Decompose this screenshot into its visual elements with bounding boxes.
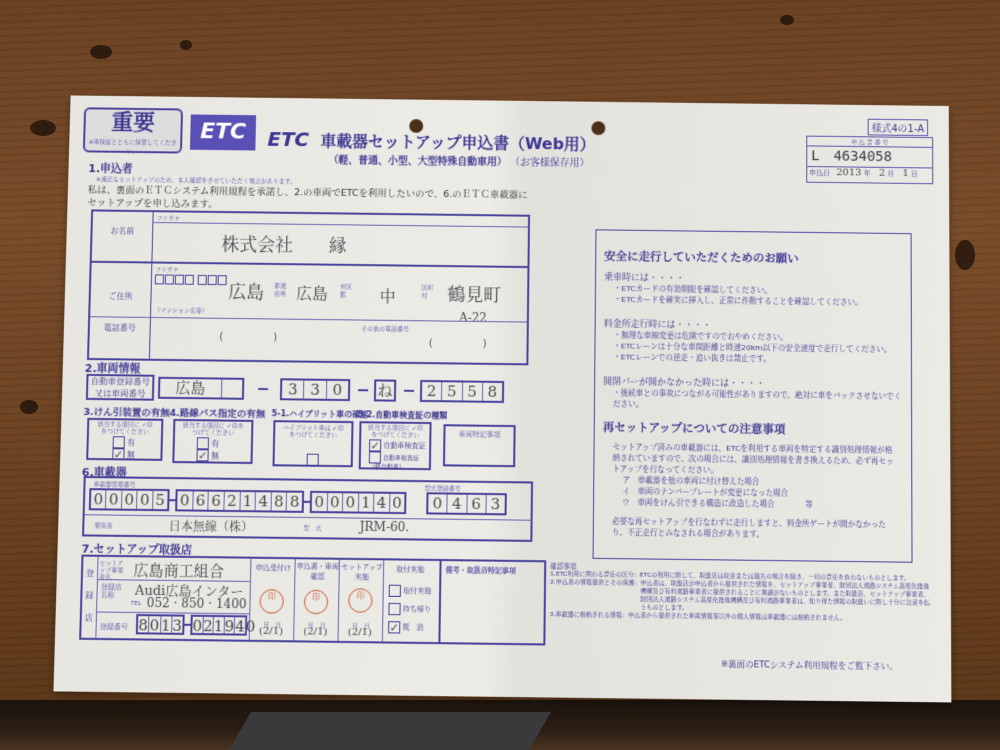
remarks-label: 備考・取扱店特記事項	[445, 565, 516, 576]
hybrid-checkbox[interactable]	[274, 440, 351, 468]
address-label: ご住所	[91, 290, 151, 302]
plate-serial-number[interactable]: 2558	[420, 380, 504, 403]
wood-knot	[20, 400, 38, 414]
address-prefecture: 広島	[228, 278, 264, 304]
section5-2-box: 該当する項目に ✓印をつけてください ✓ 自動車検査証 自動車検査証（軽自動車）	[359, 421, 432, 470]
form-code: 様式4の1-A	[868, 119, 929, 136]
mgmt-number-part1[interactable]: 00005	[89, 488, 170, 511]
name-value: 株式会社 縁	[221, 231, 347, 258]
address-street: 鶴見町	[447, 281, 501, 307]
plate-region[interactable]: 広島	[158, 377, 244, 400]
application-number-value: L 4634058	[807, 146, 932, 168]
etc-setup-application-form: 重要 ※車検証とともに保管してください。 ETC ETC 車載器セットアップ申込…	[53, 95, 951, 702]
name-furigana-label: フリガナ	[156, 213, 180, 222]
section5-1-box: ハイブリット車は ✓印をつけてください	[273, 420, 354, 467]
postal-code-boxes	[155, 274, 227, 285]
form-subtitle: （軽、普通、小型、大型特殊自動車用） （お客様保存用）	[328, 151, 589, 169]
terms-reference-note: ※裏面のETCシステム利用規程をご覧下さい。	[721, 658, 898, 672]
section5-2-title: 5-2.自動車検査証の種類	[358, 409, 448, 421]
inspection-cert-kei[interactable]: 自動車検査証（軽自動車）	[361, 451, 429, 471]
phone-field[interactable]: ( )	[219, 328, 277, 344]
date-setup: (2/1)	[348, 627, 372, 638]
section3-box: 該当する項目に ✓印をつけてください 有 ✓ 無	[86, 418, 163, 461]
reg-number-part2[interactable]: 021940	[190, 615, 247, 636]
maker-value: 日本無線（株）	[169, 517, 254, 535]
address-ward: 中	[379, 284, 395, 307]
date-month: 2	[879, 168, 885, 179]
section1-statement-2: セットアップを申し込みます。	[87, 195, 218, 210]
date-checked: (2/1)	[303, 626, 327, 637]
section5-1-title: 5-1.ハイブリット車の確認	[271, 408, 368, 420]
col-install: 取付実施	[385, 564, 435, 575]
title-text: 車載器セットアップ申込書（Web用）	[320, 132, 595, 154]
tel-value: 052 · 850 · 1400	[147, 596, 247, 611]
plate-label-box: 自動車登録番号 又は車両番号	[86, 374, 155, 401]
ward-suffix: 区町村	[421, 285, 435, 301]
bus-route-yes[interactable]: 有	[175, 437, 251, 450]
plate-class-number[interactable]: 330	[280, 378, 350, 401]
store-name-label: 登録店名称	[100, 583, 127, 600]
mgmt-number-label: 車載器管理番号	[93, 479, 135, 489]
address-furigana-label: フリガナ	[155, 265, 179, 274]
install-option-take-home[interactable]: 持ち帰り	[388, 603, 431, 616]
applicant-table: お名前 フリガナ 株式会社 縁 フリガナ ご住所 広島 都道府県 広島 市区郡 …	[87, 209, 530, 365]
install-option-installed[interactable]: 取付実施	[389, 585, 432, 598]
phone-label: 電話番号	[90, 322, 150, 334]
model-label: 型 式	[303, 523, 321, 532]
subtitle-copy-note: （お客様保存用）	[510, 158, 589, 170]
mgmt-number-part2[interactable]: 06621488	[175, 489, 304, 513]
application-date: 申込日 2013 年 2 月 1 日	[807, 167, 932, 179]
subtitle-vehicle-types: （軽、普通、小型、大型特殊自動車用）	[328, 155, 507, 168]
name-label: お名前	[92, 225, 152, 237]
model-reg-label: 型式登録番号	[425, 483, 461, 492]
important-badge: 重要 ※車検証とともに保管してください。	[83, 107, 183, 153]
date-year: 2013	[836, 167, 861, 178]
city-suffix: 市区郡	[340, 284, 354, 300]
towing-no[interactable]: ✓ 無	[88, 448, 160, 461]
wood-knot	[30, 120, 56, 136]
date-received: (2/1)	[259, 626, 283, 637]
plate-kana[interactable]: ね	[374, 379, 396, 401]
safety-notice-title: 安全に走行していただくためのお願い	[604, 248, 903, 267]
model-registration-number[interactable]: 0463	[426, 492, 507, 515]
mgmt-number-part3[interactable]: 000140	[310, 491, 407, 514]
reg-number-part1[interactable]: 8013	[136, 614, 185, 635]
section4-box: 該当する項目に ✓印をつけてください 有 ✓ 無	[172, 419, 253, 464]
wood-knot	[90, 45, 112, 59]
wood-knot	[180, 40, 192, 50]
metal-plate	[229, 712, 551, 750]
maker-label: 製造者	[94, 520, 112, 529]
stamp-setup: 印	[348, 588, 373, 613]
towing-yes[interactable]: 有	[89, 436, 161, 449]
bus-route-no[interactable]: ✓ 無	[174, 449, 250, 462]
business-name-value: 広島商工組合	[133, 559, 224, 581]
model-value: JRM-60.	[360, 520, 410, 535]
vehicle-remarks-box: 車両特記事項	[443, 424, 516, 467]
pref-suffix: 都道府県	[274, 283, 286, 299]
date-day: 1	[902, 168, 908, 179]
confirmation-section: 確認事項 1.ETC利用に関わる責任の区分：ETCの利用に際して、取扱店は故意ま…	[550, 562, 933, 623]
col-vehicle-check: 申込書・車両確認	[296, 561, 339, 582]
title-etc-logo: ETC	[267, 127, 309, 151]
wood-knot	[955, 240, 975, 270]
inspection-cert-standard[interactable]: ✓ 自動車検査証	[361, 439, 429, 452]
important-note: ※車検証とともに保管してください。	[85, 137, 181, 156]
wood-knot	[780, 15, 794, 25]
tel-label: TEL	[130, 600, 141, 607]
stamp-received: 印	[259, 589, 284, 614]
section3-title: 3.けん引装置の有無	[83, 404, 170, 419]
important-title: 重要	[85, 109, 181, 138]
application-number-box: 申 込 書 番 号 L 4634058 申込日 2013 年 2 月 1 日	[806, 136, 933, 185]
install-option-existing[interactable]: ✓ 既 設	[388, 621, 424, 634]
etc-logo: ETC	[190, 114, 256, 150]
address-building: A-22	[459, 311, 487, 325]
col-application-received: 申込受付け	[252, 563, 294, 574]
safety-notice-box: 安全に走行していただくためのお願い 乗車時には・・・・ ・ETCカードの有効期限…	[593, 229, 913, 562]
stamp-checked: 印	[304, 590, 329, 615]
section4-title: 4.路線バス指定の有無	[169, 405, 265, 420]
other-phone-label: その他の電話番号	[361, 324, 409, 334]
form-title: ETC 車載器セットアップ申込書（Web用）	[267, 127, 596, 154]
address-city: 広島	[296, 281, 328, 304]
other-phone-field[interactable]: ( )	[429, 334, 487, 350]
mansion-label: （マンション名等）	[154, 305, 208, 315]
reg-number-label: 登録番号	[100, 622, 129, 633]
col-setup-done: セットアップ実施	[341, 562, 384, 583]
